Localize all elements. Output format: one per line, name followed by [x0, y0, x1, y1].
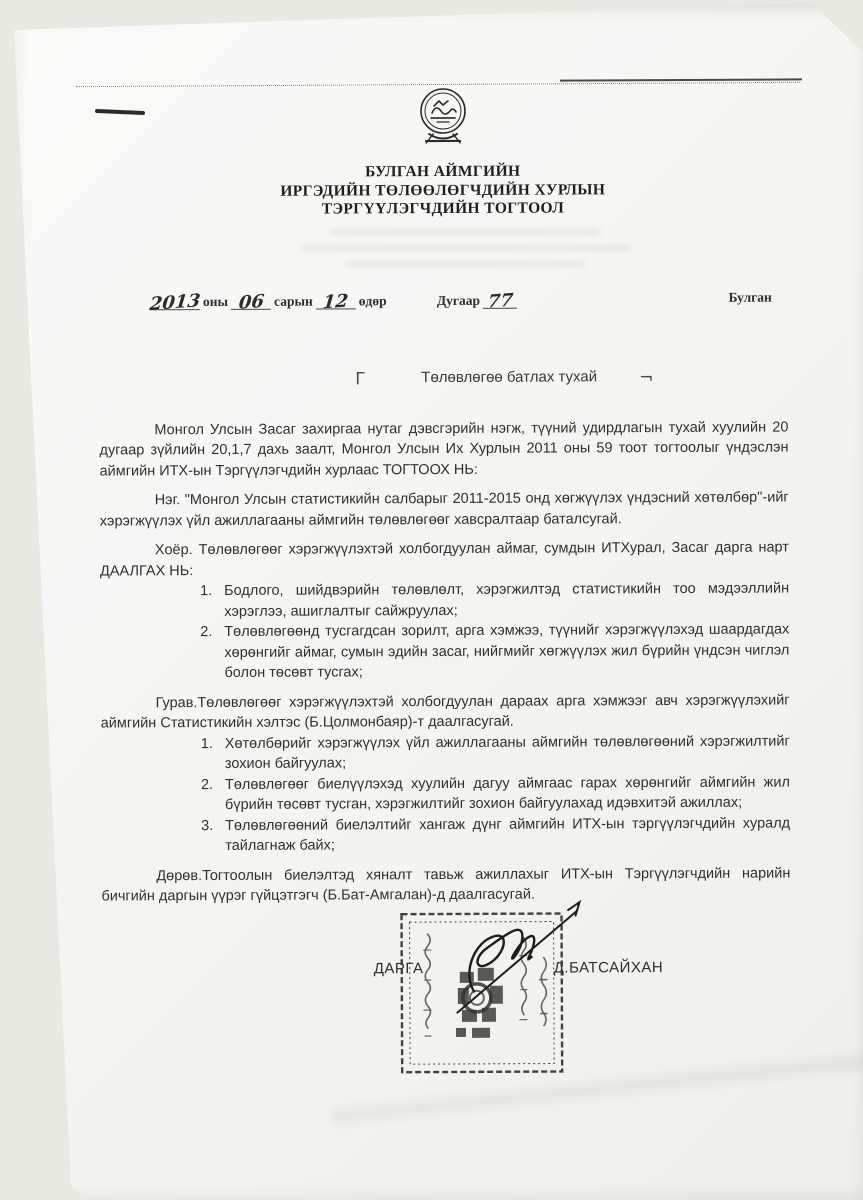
- decree-title: Төлөвлөгөө батлах тухай: [399, 368, 619, 386]
- list-item-number: 1.: [201, 733, 225, 774]
- date-number-row: 2013оны06сарын12өдөр Дугаар77 Булган: [99, 289, 788, 318]
- org-name-line: ТЭРГҮҮЛЭГЧДИЙН ТОГТООЛ: [98, 199, 787, 221]
- list-item-text: Төлөвлөгөөг биелүүлэхэд хуулийн дагуу ай…: [225, 772, 790, 815]
- list-item: 2. Төлөвлөгөөнд тусгагдсан зорилт, арга …: [200, 619, 789, 683]
- list-item-text: Төлөвлөгөөнд тусгагдсан зорилт, арга хэм…: [224, 619, 789, 683]
- day-label: өдөр: [359, 293, 387, 308]
- decree-title-row: Г Төлөвлөгөө батлах тухай ¬: [99, 367, 788, 394]
- place-name: Булган: [729, 289, 772, 305]
- decree-number-label: Дугаар: [437, 292, 480, 307]
- handwritten-decree-number: 77: [487, 293, 514, 309]
- right-corner-bracket: ¬: [639, 368, 653, 388]
- clause-two-list: 1. Бодлого, шийдвэрийн төлөвлөлт, хэрэгж…: [100, 578, 789, 684]
- list-item: 1. Бодлого, шийдвэрийн төлөвлөлт, хэрэгж…: [200, 578, 789, 622]
- list-item: 3. Төлөвлөгөөний биелэлтийг хангаж дүнг …: [201, 813, 790, 857]
- handwritten-day: 12: [322, 294, 349, 310]
- list-item-number: 2.: [201, 774, 225, 815]
- left-corner-bracket: Г: [355, 369, 365, 389]
- year-label: оны: [203, 293, 228, 308]
- list-item-text: Хөтөлбөрийг хэрэгжүүлэх үйл ажиллагааны …: [225, 731, 790, 774]
- clause-one-paragraph: Нэг. "Монгол Улсын статистикийн салбарыг…: [100, 487, 789, 531]
- signature-ink: [427, 889, 616, 1032]
- preamble-paragraph: Монгол Улсын Засаг захиргаа нутаг дэвсгэ…: [99, 417, 788, 482]
- handwritten-month: 06: [238, 294, 265, 310]
- document-page: БУЛГАН АЙМГИЙН ИРГЭДИЙН ТӨЛӨӨЛӨГЧДИЙН ХУ…: [0, 0, 863, 1200]
- handwritten-year: 2013: [149, 294, 201, 312]
- clause-two-paragraph: Хоёр. Төлөвлөгөөг хэрэгжүүлэхтэй холбогд…: [100, 537, 789, 581]
- list-item-text: Бодлого, шийдвэрийн төлөвлөлт, хэрэгжилт…: [224, 578, 789, 621]
- list-item-number: 3.: [201, 815, 225, 856]
- scanned-document: { "header": { "org_lines": [ "БУЛГАН АЙМ…: [0, 0, 863, 1200]
- decree-body: Монгол Улсын Засаг захиргаа нутаг дэвсгэ…: [99, 417, 790, 907]
- list-item-number: 2.: [200, 622, 224, 684]
- clause-three-list: 1. Хөтөлбөрийг хэрэгжүүлэх үйл ажиллагаа…: [101, 731, 791, 857]
- list-item-text: Төлөвлөгөөний биелэлтийг хангаж дүнг айм…: [225, 813, 790, 856]
- signature-block: ДАРГА Д.БАТСАЙХАН: [102, 926, 792, 1139]
- list-item: 2. Төлөвлөгөөг биелүүлэхэд хуулийн дагуу…: [201, 772, 790, 816]
- list-item-number: 1.: [200, 581, 224, 622]
- list-item: 1. Хөтөлбөрийг хэрэгжүүлэх үйл ажиллагаа…: [201, 731, 790, 775]
- clause-three-paragraph: Гурав.Төлөвлөгөөг хэрэгжүүлэхтэй холбогд…: [101, 690, 790, 734]
- government-emblem-icon: [403, 86, 481, 154]
- month-label: сарын: [274, 293, 313, 308]
